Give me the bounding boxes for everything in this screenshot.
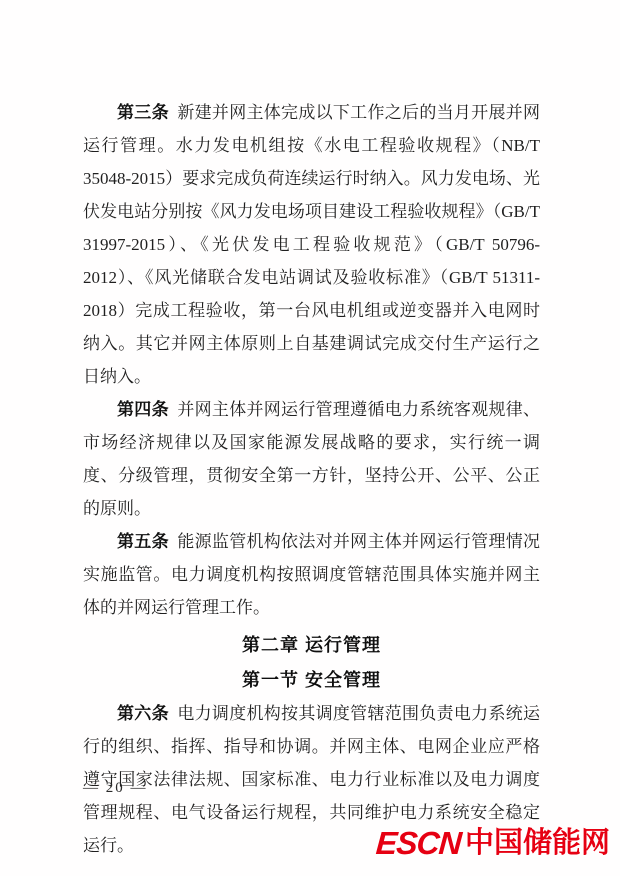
section-heading: 第一节 安全管理: [83, 664, 540, 697]
document-body: 第三条新建并网主体完成以下工作之后的当月开展并网运行管理。水力发电机组按《水电工…: [83, 96, 540, 862]
article-3-text: 新建并网主体完成以下工作之后的当月开展并网运行管理。水力发电机组按《水电工程验收…: [83, 103, 540, 386]
article-4-paragraph: 第四条并网主体并网运行管理遵循电力系统客观规律、市场经济规律以及国家能源发展战略…: [83, 393, 540, 525]
chapter-heading: 第二章 运行管理: [83, 629, 540, 662]
escn-logo-latin-text: ESCN: [375, 827, 462, 859]
article-5-paragraph: 第五条能源监管机构依法对并网主体并网运行管理情况实施监管。电力调度机构按照调度管…: [83, 525, 540, 624]
article-5-term: 第五条: [117, 532, 169, 551]
article-3-paragraph: 第三条新建并网主体完成以下工作之后的当月开展并网运行管理。水力发电机组按《水电工…: [83, 96, 540, 393]
article-3-term: 第三条: [117, 103, 169, 122]
article-6-term: 第六条: [117, 704, 169, 723]
escn-watermark: ESCN中国储能网: [376, 827, 610, 859]
document-page: 第三条新建并网主体完成以下工作之后的当月开展并网运行管理。水力发电机组按《水电工…: [0, 0, 620, 876]
article-4-term: 第四条: [117, 400, 169, 419]
escn-logo-chinese-text: 中国储能网: [465, 829, 610, 858]
page-number: — 20 —: [83, 780, 148, 797]
